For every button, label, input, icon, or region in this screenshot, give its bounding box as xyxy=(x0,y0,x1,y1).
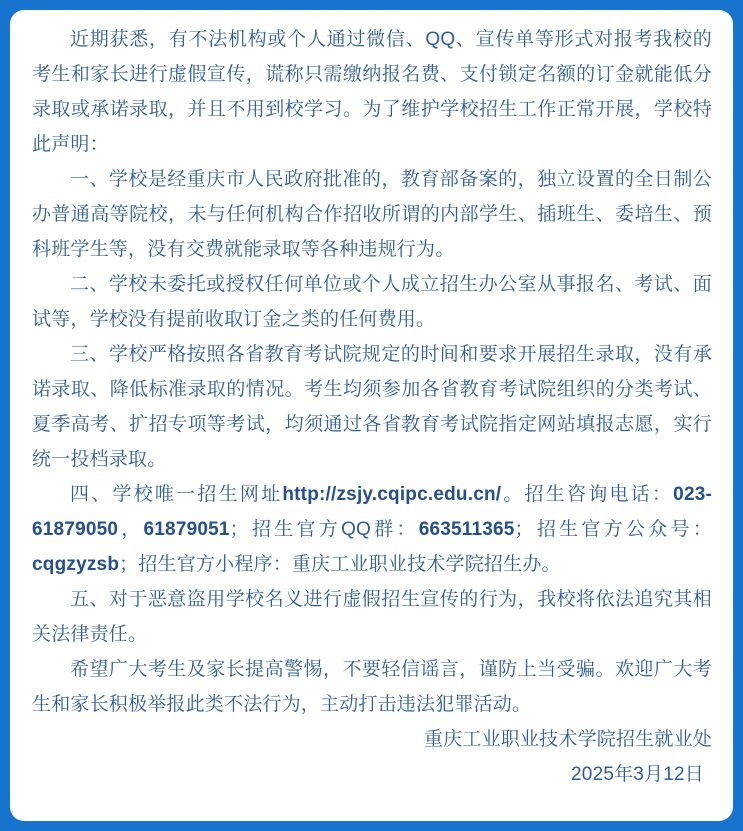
closing-text: 希望广大考生及家长提高警惕，不要轻信谣言，谨防上当受骗。欢迎广大考生和家长积极举… xyxy=(32,659,712,715)
admissions-url: http://zsjy.cqipc.edu.cn/ xyxy=(282,484,501,505)
phone-label: 。招生咨询电话： xyxy=(501,484,673,505)
page-background: 近期获悉，有不法机构或个人通过微信、QQ、宣传单等形式对报考我校的考生和家长进行… xyxy=(0,0,743,831)
paragraph: 三、学校严格按照各省教育考试院规定的时间和要求开展招生录取，没有承诺录取、降低标… xyxy=(32,337,712,477)
paragraph: 四、学校唯一招生网址http://zsjy.cqipc.edu.cn/。招生咨询… xyxy=(32,477,712,582)
paragraph: 一、学校是经重庆市人民政府批准的，教育部备案的，独立设置的全日制公办普通高等院校… xyxy=(32,162,712,267)
item-3-text: 三、学校严格按照各省教育考试院规定的时间和要求开展招生录取，没有承诺录取、降低标… xyxy=(32,344,712,470)
qq-group-number: 663511365 xyxy=(419,519,515,540)
item-2-text: 二、学校未委托或授权任何单位或个人成立招生办公室从事报名、考试、面试等，学校没有… xyxy=(32,274,712,330)
statement-body: 近期获悉，有不法机构或个人通过微信、QQ、宣传单等形式对报考我校的考生和家长进行… xyxy=(32,22,712,722)
item-4-text: 四、学校唯一招生网址 xyxy=(70,484,282,505)
date-line: 2025年3月12日 xyxy=(32,757,712,792)
mini-program-text: ；招生官方小程序：重庆工业职业技术学院招生办。 xyxy=(119,554,561,575)
qq-group-label: ；招生官方QQ群： xyxy=(230,519,419,540)
official-account-label: ；招生官方公众号： xyxy=(515,519,712,540)
item-5-text: 五、对于恶意盗用学校名义进行虚假招生宣传的行为，我校将依法追究其相关法律责任。 xyxy=(32,589,712,645)
official-account-id: cqgzyzsb xyxy=(32,554,119,575)
paragraph: 二、学校未委托或授权任何单位或个人成立招生办公室从事报名、考试、面试等，学校没有… xyxy=(32,267,712,337)
statement-sheet: 近期获悉，有不法机构或个人通过微信、QQ、宣传单等形式对报考我校的考生和家长进行… xyxy=(10,10,733,821)
paragraph: 近期获悉，有不法机构或个人通过微信、QQ、宣传单等形式对报考我校的考生和家长进行… xyxy=(32,22,712,162)
paragraph: 希望广大考生及家长提高警惕，不要轻信谣言，谨防上当受骗。欢迎广大考生和家长积极举… xyxy=(32,652,712,722)
item-1-text: 一、学校是经重庆市人民政府批准的，教育部备案的，独立设置的全日制公办普通高等院校… xyxy=(32,169,712,260)
separator: ， xyxy=(118,519,143,540)
signature-line: 重庆工业职业技术学院招生就业处 xyxy=(32,722,712,757)
paragraph: 五、对于恶意盗用学校名义进行虚假招生宣传的行为，我校将依法追究其相关法律责任。 xyxy=(32,582,712,652)
intro-text: 近期获悉，有不法机构或个人通过微信、QQ、宣传单等形式对报考我校的考生和家长进行… xyxy=(32,29,712,155)
phone-number-2: 61879051 xyxy=(144,519,230,540)
